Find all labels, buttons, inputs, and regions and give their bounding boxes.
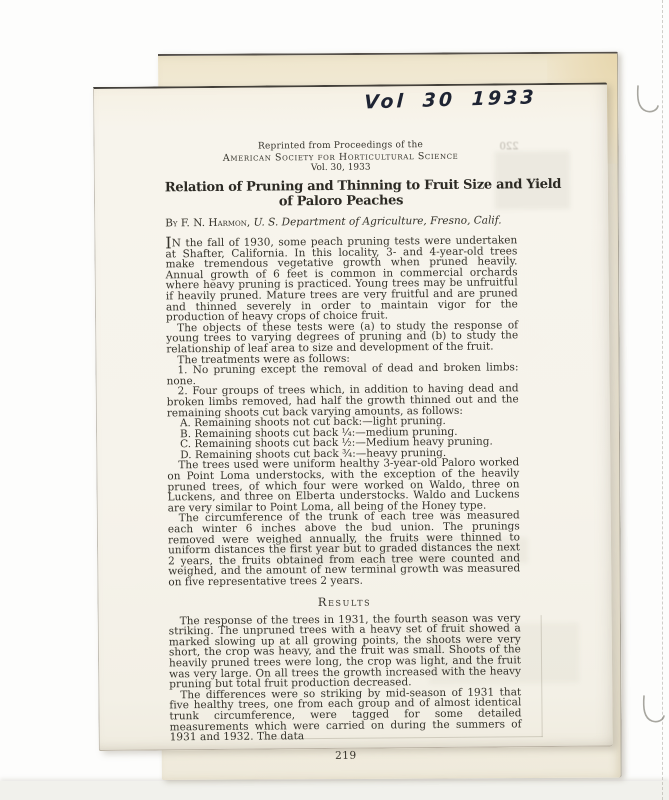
reprint-page: Vol 30 1933 220 Reprinted from Proceedin… (93, 83, 613, 751)
author-affiliation: U. S. Department of Agriculture, Fresno,… (250, 214, 501, 228)
byline: By F. N. Harmon, U. S. Department of Agr… (165, 214, 517, 230)
article-title-line1: Relation of Pruning and Thinning to Frui… (165, 177, 517, 195)
paragraph-intro-text: N the fall of 1930, some peach pruning t… (165, 234, 518, 323)
scanner-background-strip (0, 781, 669, 800)
paper-curl-mark-top (634, 84, 660, 116)
paragraph-objects: The objects of these tests were (a) to s… (166, 320, 518, 355)
paragraph-measurements: The circumference of the trunk of each t… (168, 511, 521, 588)
volume-line: Vol. 30, 1933 (165, 161, 517, 175)
paper-curl-mark-bottom (640, 694, 666, 726)
article-title: Relation of Pruning and Thinning to Frui… (165, 177, 517, 210)
impression-crease-vertical (541, 615, 543, 737)
text-column: Reprinted from Proceedings of the Americ… (164, 139, 521, 763)
article-title-line2: of Paloro Peaches (165, 192, 517, 210)
author-name: By F. N. Harmon, (165, 217, 250, 230)
paragraph-trees-used: The trees used were uniform healthy 3-ye… (167, 458, 519, 514)
numbered-item-2: 2. Four groups of trees which, in additi… (167, 384, 519, 419)
scanned-document: Vol 30 1933 220 Reprinted from Proceedin… (0, 0, 669, 800)
handwritten-volume-note: Vol 30 1933 (364, 86, 537, 113)
paragraph-intro: IN the fall of 1930, some peach pruning … (165, 235, 518, 323)
results-heading: Results (168, 593, 520, 610)
paragraph-differences: The differences were so striking by mid-… (169, 687, 521, 743)
paragraph-response: The response of the trees in 1931, the f… (169, 613, 522, 690)
scan-edge-dotted-line (662, 0, 663, 800)
